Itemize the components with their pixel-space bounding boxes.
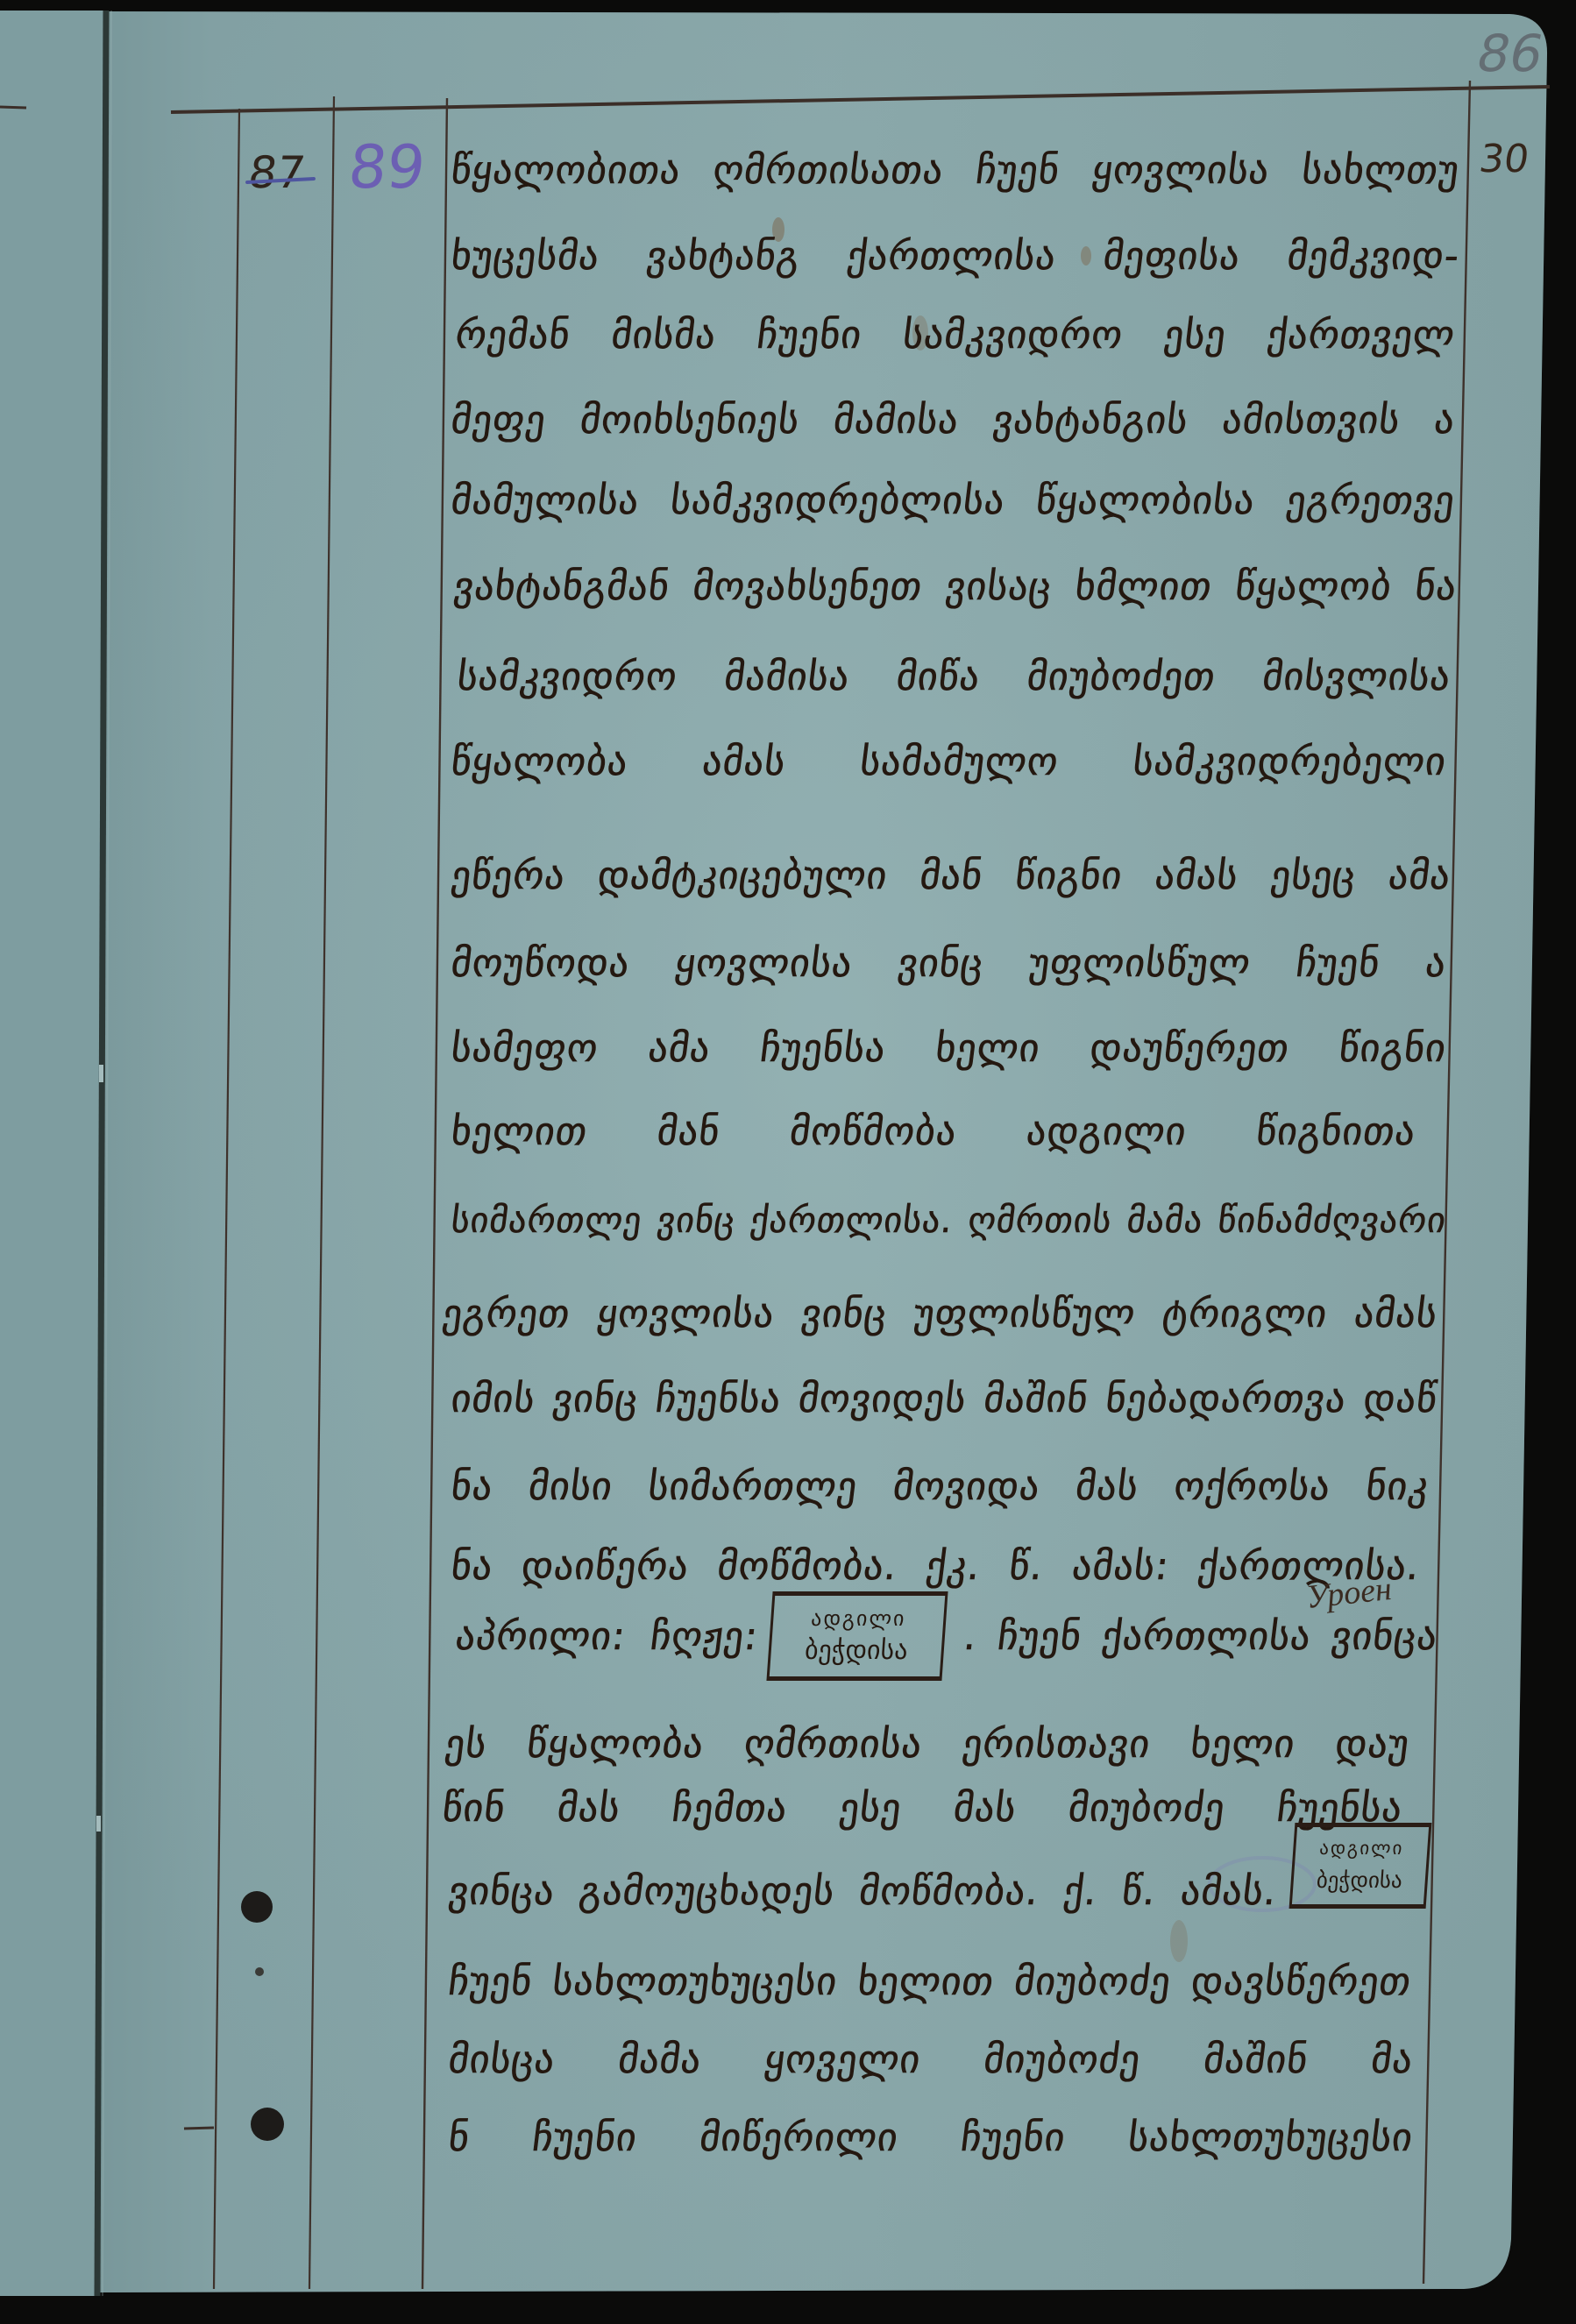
- punch-hole: [241, 1891, 273, 1923]
- seal-box-line-2: ბეჭდისა: [804, 1633, 909, 1669]
- text-line-11: სამეფო ამა ჩუენსა ხელი დაუწერეთ წიგნი: [448, 1023, 1449, 1075]
- spine-notch: [99, 1065, 103, 1082]
- seal-placeholder-box: ადგილი ბეჭდისა: [1289, 1823, 1432, 1909]
- entry-number: 89: [345, 138, 428, 198]
- text-line-23: მისცა მამა ყოველი მიუბოძე მაშინ მა: [445, 2034, 1416, 2087]
- punch-hole: [251, 2108, 284, 2141]
- text-line-15: იმის ვინც ჩუენსა მოვიდეს მაშინ ნებადართვ…: [448, 1373, 1440, 1426]
- text-line-12: ხელით მან მოწმობა ადგილი წიგნითა: [448, 1106, 1418, 1158]
- text-line-19: ეს წყალობა ღმრთისა ერისთავი ხელი დაუ: [442, 1718, 1412, 1771]
- text-line-24: ნ ჩუენი მიწერილი ჩუენი სახლთუხუცესი: [445, 2112, 1416, 2165]
- text-line-16: ნა მისი სიმართლე მოვიდა მას ოქროსა ნიკ: [448, 1461, 1431, 1513]
- seal-placeholder-box: ადგილი ბეჭდისა: [766, 1591, 948, 1681]
- text-line-18-date: აპრილი: ჩღჟე:: [452, 1611, 761, 1663]
- old-entry-number-crossed-out: 87: [245, 151, 308, 195]
- text-line-8: წყალობა ამას სამამულო სამკვიდრებელი: [448, 736, 1449, 789]
- seal-box-line-2: ბეჭდისა: [1316, 1863, 1404, 1898]
- text-line-21: ვინცა გამოუცხადეს მოწმობა. ქ. წ. ამას.: [445, 1866, 1280, 1918]
- seal-box-line-1: ადგილი: [1318, 1833, 1405, 1863]
- left-page-rule-fragment: [0, 107, 26, 108]
- page-number: 86: [1473, 28, 1548, 79]
- text-line-17: ნა დაიწერა მოწმობა. ქკ. წ. ამას: ქართლის…: [448, 1541, 1423, 1593]
- seal-box-line-1: ადგილი: [810, 1604, 907, 1633]
- spine-notch: [96, 1816, 101, 1832]
- margin-tick: [184, 2128, 214, 2129]
- text-line-2: ხუცესმა ვახტანგ ქართლისა მეფისა მემკვიდ-: [448, 230, 1462, 283]
- left-page-sliver: [0, 11, 107, 2296]
- text-line-9: ეწერა დამტკიცებული მან წიგნი ამას ესეც ა…: [448, 850, 1453, 903]
- text-line-3: რემან მისმა ჩუენი სამკვიდრო ესე ქართველ: [452, 309, 1458, 362]
- text-line-4: მეფე მოიხსენიეს მამისა ვახტანგის ამისთვი…: [448, 394, 1458, 447]
- text-line-7: სამკვიდრო მამისა მიწა მიუბოძეთ მისვლისა: [454, 651, 1453, 704]
- text-line-13: სიმართლე ვინც ქართლისა. ღმრთის მამა წინა…: [448, 1194, 1449, 1247]
- punch-hole-small: [255, 1967, 264, 1976]
- right-column-value: 30: [1477, 140, 1531, 179]
- text-line-1: წყალობითა ღმრთისათა ჩუენ ყოვლისა სახლთუ: [448, 145, 1462, 197]
- text-line-6: ვახტანგმან მოვახსენეთ ვისაც ხმლით წყალობ…: [451, 561, 1459, 613]
- text-line-5: მამულისა სამკვიდრებლისა წყალობისა ეგრეთვ…: [448, 475, 1458, 528]
- text-line-10: მოუწოდა ყოვლისა ვინც უფლისწულ ჩუენ ა: [448, 938, 1449, 990]
- text-line-18-continuation: . ჩუენ ქართლისა ვინცა: [961, 1611, 1440, 1663]
- text-line-14: ეგრეთ ყოვლისა ვინც უფლისწულ ტრიგლი ამას: [439, 1288, 1440, 1341]
- text-line-20: წინ მას ჩემთა ესე მას მიუბოძე ჩუენსა: [439, 1782, 1405, 1835]
- text-line-22: ჩუენ სახლთუხუცესი ხელით მიუბოძე დავსწერე…: [445, 1956, 1414, 2009]
